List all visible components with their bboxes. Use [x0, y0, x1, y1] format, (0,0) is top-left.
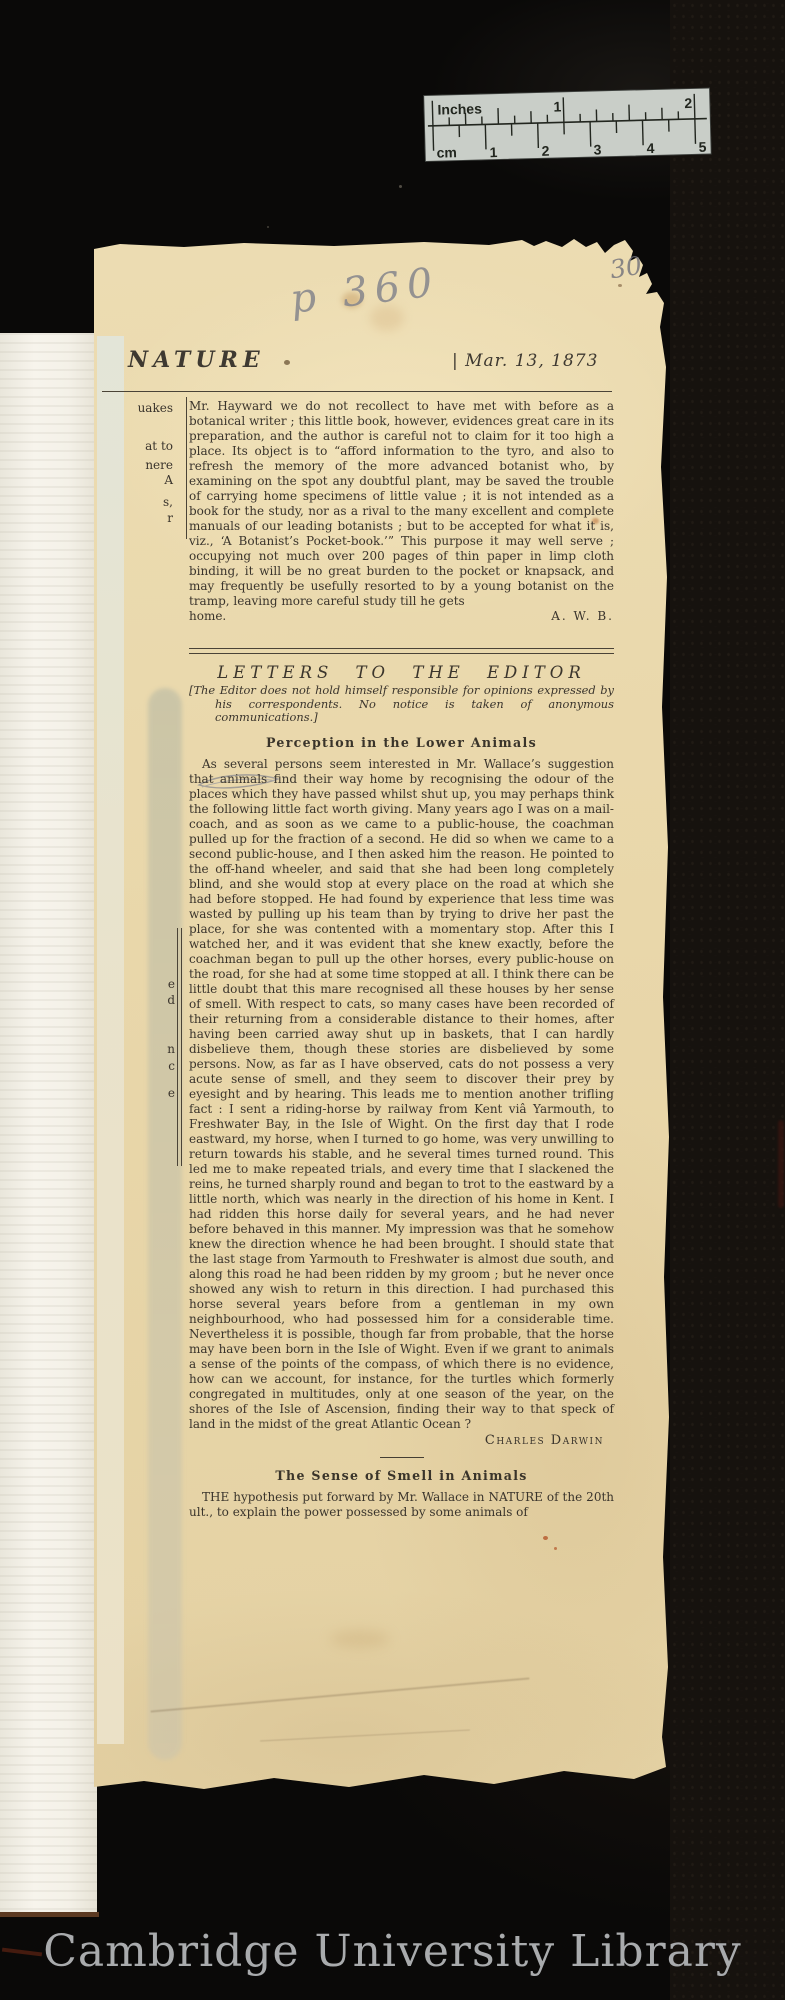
margin-fragment-word: r [111, 511, 173, 525]
fox-spot [284, 360, 290, 365]
margin-fragment-word: A [111, 473, 173, 487]
margin-fragment-word: uakes [111, 401, 173, 415]
small-divider [380, 1457, 424, 1458]
margin-fragment-word: nere [111, 458, 173, 472]
column-rule-middle-2 [181, 928, 182, 1166]
column-rule-top [186, 397, 187, 539]
letters-section-title: LETTERS TO THE EDITOR [189, 665, 614, 680]
margin-fragment-letter: c [113, 1059, 175, 1073]
ruler-graphic: Inches 1 2 cm 1 2 3 4 5 [423, 87, 712, 161]
fox-spot [543, 1536, 548, 1540]
ruler-inch-2: 2 [684, 95, 692, 111]
dust-speck [267, 226, 269, 228]
margin-fragment-letter: n [113, 1042, 175, 1056]
ruler-cm-5: 5 [698, 139, 706, 155]
review-last-word: home. [189, 609, 226, 624]
review-paragraph: Mr. Hayward we do not recollect to have … [189, 399, 614, 609]
ruler: Inches 1 2 cm 1 2 3 4 5 [423, 87, 712, 161]
pencil-folio-number: 30 [608, 251, 644, 285]
smell-letter-opening: THE hypothesis put forward by Mr. Wallac… [189, 1490, 614, 1520]
section-divider [189, 648, 614, 654]
book-page-edge [0, 333, 97, 1915]
ruler-inch-1: 1 [553, 98, 561, 114]
margin-fragment-word: s, [111, 495, 173, 509]
red-streak [778, 1120, 784, 1208]
masthead-date: | Mar. 13, 1873 [452, 351, 598, 371]
margin-fragment-word: at to [111, 439, 173, 453]
perception-letter-body: As several persons seem interested in Mr… [189, 757, 614, 1432]
column-rule-middle [177, 928, 178, 1166]
review-last-line: home. A. W. B. [189, 609, 614, 624]
ruler-cm-2: 2 [541, 143, 549, 159]
mount-strip [97, 336, 124, 1744]
torn-paper-streak [148, 688, 182, 1760]
margin-fragment-letter: e [113, 977, 175, 991]
ruler-cm-3: 3 [593, 141, 601, 157]
ruler-cm-label: cm [436, 144, 457, 161]
background-fabric [670, 0, 785, 2000]
dust-speck [399, 185, 402, 188]
review-signature: A. W. B. [551, 609, 614, 624]
library-watermark: Cambridge University Library [0, 1926, 785, 1977]
editor-disclaimer: [The Editor does not hold himself respon… [189, 684, 614, 725]
ruler-cm-4: 4 [646, 140, 654, 156]
masthead-rule [102, 391, 612, 392]
letter-title-perception: Perception in the Lower Animals [189, 735, 614, 750]
ruler-inches-label: Inches [437, 100, 482, 117]
fox-spot [554, 1547, 557, 1550]
margin-fragment-letter: e [113, 1086, 175, 1100]
margin-fragment-letter: d [113, 993, 175, 1007]
darwin-signature: Charles Darwin [189, 1433, 614, 1448]
letter-title-smell: The Sense of Smell in Animals [189, 1468, 614, 1483]
clipping-column: Mr. Hayward we do not recollect to have … [189, 399, 614, 1520]
ruler-cm-1: 1 [489, 144, 497, 160]
masthead-title: NATURE [128, 347, 265, 373]
book-edge-shadow-line [0, 1912, 99, 1917]
fox-spot [618, 284, 622, 287]
scanned-document: Inches 1 2 cm 1 2 3 4 5 p 360 30 NATURE … [0, 0, 785, 2000]
stain [330, 1630, 390, 1648]
